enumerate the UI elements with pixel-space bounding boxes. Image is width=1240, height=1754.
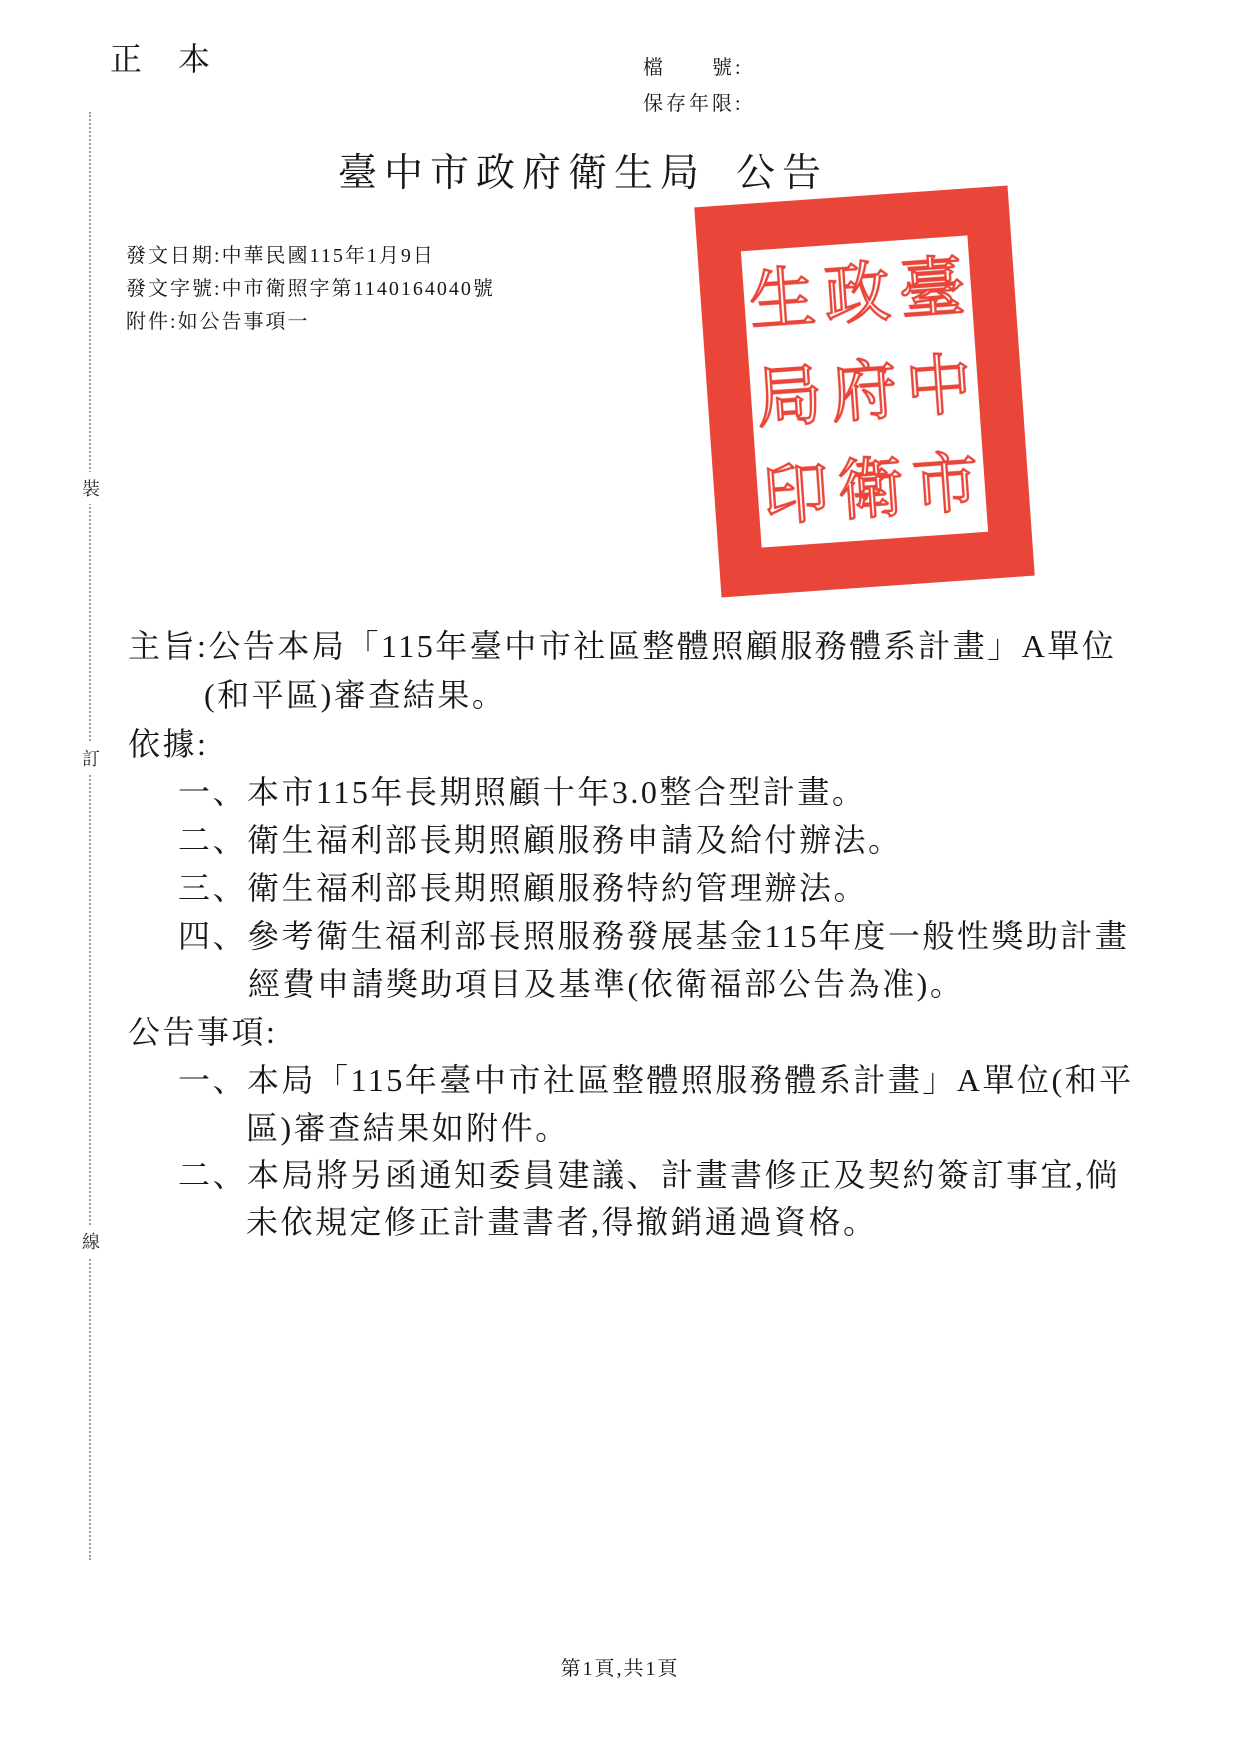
item-number: 二、	[178, 1157, 247, 1193]
dispatch-date-row: 發文日期:中華民國115年1月9日	[126, 240, 495, 273]
dispatch-number-value: 中市衛照字第1140164040號	[222, 278, 495, 300]
basis-item-2: 二、衛生福利部長期照顧服務申請及給付辦法。	[178, 815, 903, 861]
basis-item-1: 一、本市115年長期照顧十年3.0整合型計畫。	[178, 767, 866, 813]
item-number: 三、	[178, 870, 247, 906]
page-footer: 第1頁,共1頁	[0, 1652, 1240, 1681]
agency-name: 臺中市政府衛生局	[338, 152, 706, 195]
announcement-item-1-line-2: 區)審查結果如附件。	[246, 1103, 570, 1149]
official-seal: 臺 中 市 政 府 衛 生 局 印	[678, 172, 1051, 610]
item-text: 本市115年長期照顧十年3.0整合型計畫。	[247, 774, 866, 810]
document-page: 正 本 檔 號: 保存年限: 臺中市政府衛生局公告 發文日期:中華民國115年1…	[0, 0, 1240, 1754]
item-text: 衛生福利部長期照顧服務特約管理辦法。	[247, 870, 868, 906]
attachment-value: 如公告事項一	[178, 311, 310, 333]
seal-char: 市	[910, 446, 981, 523]
file-info-block: 檔 號: 保存年限:	[643, 50, 744, 122]
dispatch-number-label: 發文字號:	[126, 278, 222, 300]
item-text: 參考衛生福利部長照服務發展基金115年度一般性獎助計畫	[247, 918, 1129, 954]
seal-char: 府	[829, 354, 900, 431]
file-number-label: 檔 號:	[643, 50, 744, 86]
subject-line-1: 主旨:公告本局「115年臺中市社區整體照顧服務體系計畫」A單位	[128, 621, 1116, 667]
basis-item-3: 三、衛生福利部長期照顧服務特約管理辦法。	[178, 863, 868, 909]
binding-dotted-line	[89, 112, 91, 1560]
item-text: 本局「115年臺中市社區整體照服務體系計畫」A單位(和平	[247, 1062, 1134, 1098]
seal-char: 政	[822, 256, 893, 333]
basis-item-4-line-2: 經費申請獎助項目及基準(依衛福部公告為准)。	[248, 959, 964, 1005]
document-title: 臺中市政府衛生局公告	[338, 142, 828, 198]
binding-mark-zhuang: 裝	[79, 472, 103, 504]
seal-char: 生	[747, 261, 818, 338]
binding-mark-xian: 線	[79, 1225, 103, 1257]
seal-char: 中	[903, 349, 974, 426]
subject-label: 主旨:	[128, 628, 208, 664]
item-number: 四、	[178, 918, 247, 954]
basis-section-label: 依據:	[128, 719, 208, 765]
seal-char: 衛	[835, 452, 906, 529]
seal-char: 臺	[897, 251, 968, 328]
item-number: 二、	[178, 822, 247, 858]
item-text: 本局將另函通知委員建議、計畫書修正及契約簽訂事宜,倘	[247, 1157, 1120, 1193]
official-seal-svg: 臺 中 市 政 府 衛 生 局 印	[678, 172, 1051, 610]
item-text: 衛生福利部長期照顧服務申請及給付辦法。	[247, 822, 903, 858]
announcement-item-1-line-1: 一、本局「115年臺中市社區整體照服務體系計畫」A單位(和平	[178, 1055, 1134, 1101]
item-number: 一、	[178, 1062, 247, 1098]
copy-type-label: 正 本	[110, 34, 212, 80]
dispatch-meta-block: 發文日期:中華民國115年1月9日 發文字號:中市衛照字第1140164040號…	[126, 240, 495, 339]
seal-char: 局	[754, 359, 825, 436]
subject-text: 公告本局「115年臺中市社區整體照顧服務體系計畫」A單位	[208, 628, 1116, 664]
announcement-section-label: 公告事項:	[128, 1007, 277, 1053]
dispatch-date-value: 中華民國115年1月9日	[222, 245, 435, 267]
announcement-item-2-line-2: 未依規定修正計畫書者,得撤銷通過資格。	[246, 1197, 878, 1243]
basis-item-4-line-1: 四、參考衛生福利部長照服務發展基金115年度一般性獎助計畫	[178, 911, 1129, 957]
retention-period-label: 保存年限:	[643, 86, 744, 122]
dispatch-number-row: 發文字號:中市衛照字第1140164040號	[126, 273, 495, 306]
announcement-item-2-line-1: 二、本局將另函通知委員建議、計畫書修正及契約簽訂事宜,倘	[178, 1150, 1120, 1196]
binding-mark-ding: 訂	[79, 742, 103, 774]
subject-line-2: (和平區)審查結果。	[204, 670, 506, 716]
item-number: 一、	[178, 774, 247, 810]
attachment-label: 附件:	[126, 311, 178, 333]
seal-char: 印	[761, 457, 832, 534]
dispatch-date-label: 發文日期:	[126, 245, 222, 267]
attachment-row: 附件:如公告事項一	[126, 306, 495, 339]
